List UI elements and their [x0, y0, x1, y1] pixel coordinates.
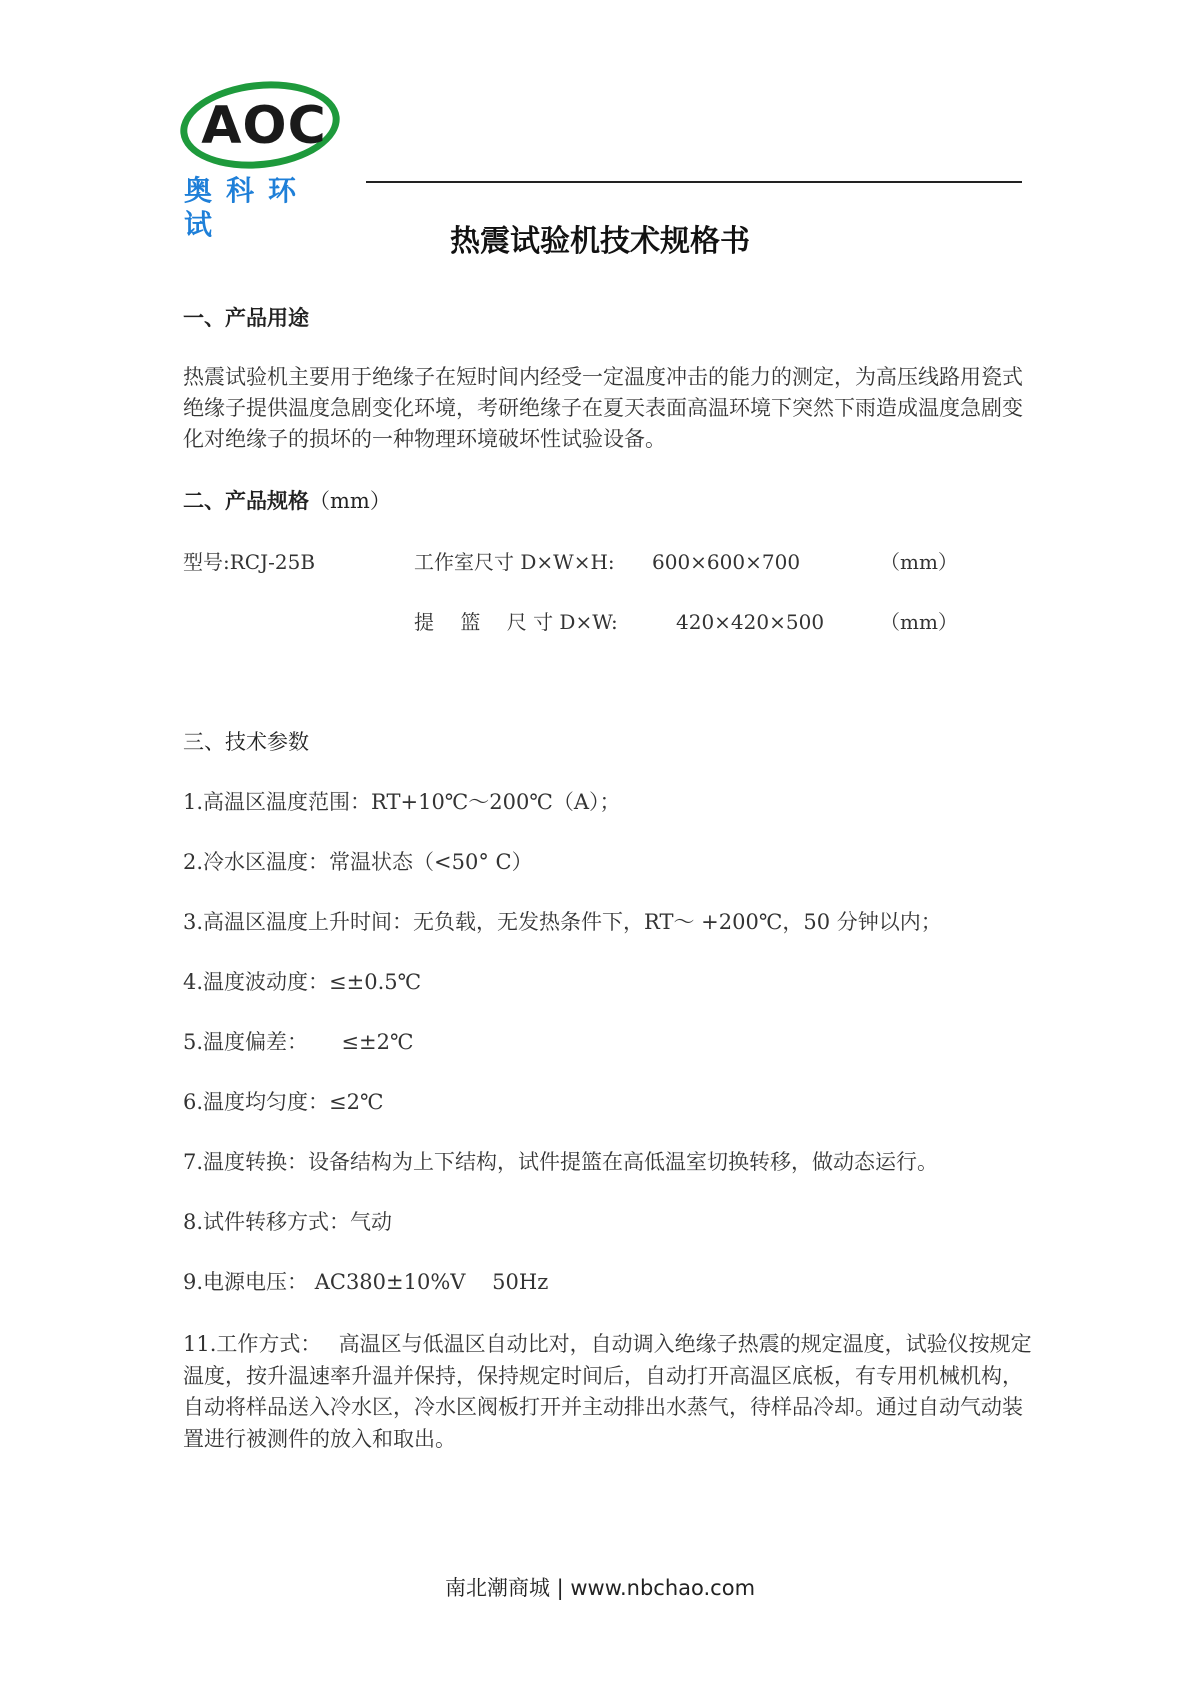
section-heading-usage: 一、产品用途	[183, 303, 309, 333]
param-item-5: 5.温度偏差： ≤±2℃	[183, 1027, 413, 1057]
param-item-7: 7.温度转换：设备结构为上下结构，试件提篮在高低温室切换转移，做动态运行。	[183, 1147, 938, 1177]
spec-row-chamber-label: 工作室尺寸 D×W×H:	[414, 547, 615, 577]
usage-paragraph: 热震试验机主要用于绝缘子在短时间内经受一定温度冲击的能力的测定，为高压线路用瓷式…	[183, 362, 1033, 455]
footer-link[interactable]: 南北潮商城 | www.nbchao.com	[0, 1573, 1200, 1603]
spec-row-chamber-value: 600×600×700	[652, 547, 800, 577]
param-item-9: 9.电源电压： AC380±10%V 50Hz	[183, 1267, 548, 1297]
document-title: 热震试验机技术规格书	[0, 222, 1200, 262]
spec-row-basket-unit: （mm）	[880, 607, 958, 637]
param-item-8: 8.试件转移方式：气动	[183, 1207, 392, 1237]
section-heading-specs: 二、产品规格（mm）	[183, 486, 391, 516]
spec-row-basket-value: 420×420×500	[676, 607, 824, 637]
section-heading-parameters: 三、技术参数	[183, 727, 309, 757]
spec-row-basket-label: 提 篮 尺 寸 D×W:	[414, 607, 618, 637]
spec-row-chamber-unit: （mm）	[880, 547, 958, 577]
model-label: 型号:RCJ-25B	[183, 547, 315, 577]
param-item-11: 11.工作方式： 高温区与低温区自动比对，自动调入绝缘子热震的规定温度，试验仪按…	[183, 1329, 1033, 1455]
param-item-6: 6.温度均匀度：≤2℃	[183, 1087, 383, 1117]
section-heading-usage-text: 一、产品用途	[183, 306, 309, 330]
param-item-3: 3.高温区温度上升时间：无负载，无发热条件下，RT～ +200℃，50 分钟以内…	[183, 907, 942, 937]
param-item-4: 4.温度波动度：≤±0.5℃	[183, 967, 421, 997]
header-divider	[366, 181, 1022, 183]
param-item-2: 2.冷水区温度：常温状态（<50° C）	[183, 847, 533, 877]
company-logo: AOC 奥科环试	[178, 80, 346, 210]
section-heading-specs-unit: （mm）	[309, 489, 391, 513]
section-heading-specs-text: 二、产品规格	[183, 489, 309, 513]
logo-brand-text: AOC	[194, 98, 334, 154]
param-item-1: 1.高温区温度范围：RT+10℃～200℃（A）；	[183, 787, 621, 817]
